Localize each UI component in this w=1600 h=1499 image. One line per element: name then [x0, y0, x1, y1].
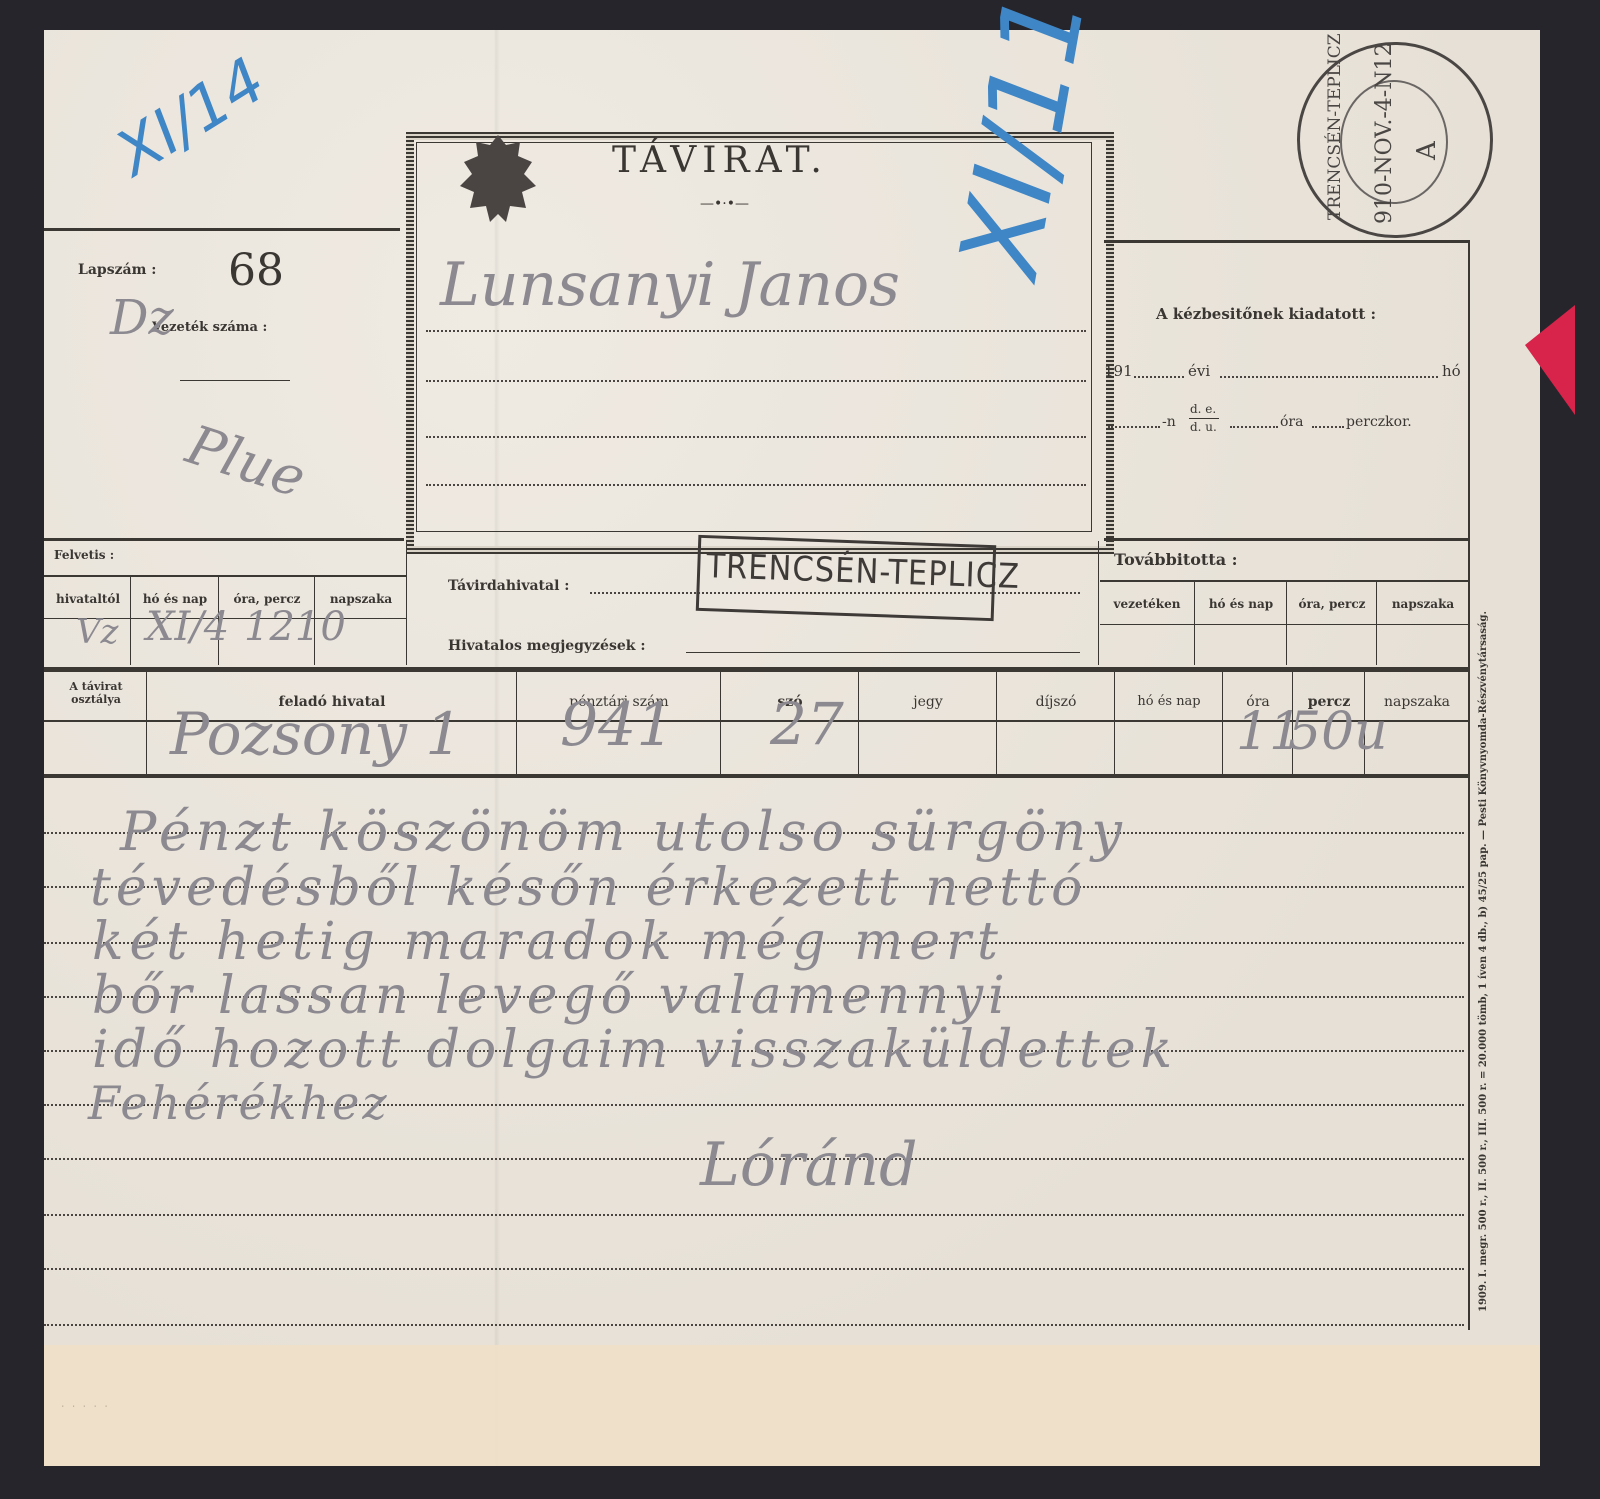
message-line-5[interactable]: idő hozott dolgaim visszaküldettek [92, 1020, 1177, 1080]
reception-top-rule [44, 538, 404, 541]
details-col-fee-words: díjszó [998, 694, 1114, 710]
col-divider [1194, 582, 1195, 665]
page-number-label: Lapszám : [78, 262, 156, 278]
wire-number-line [180, 380, 290, 381]
reception-month-day-value[interactable]: XI/4 [146, 604, 229, 650]
time-of-day-value[interactable]: u [1354, 702, 1388, 762]
col-divider [406, 541, 407, 665]
message-line-4[interactable]: bőr lassan levegő valamennyi [92, 966, 1010, 1026]
forwarded-header-top [1100, 580, 1468, 582]
telegraph-office-label: Távirdahivatal : [448, 578, 569, 594]
message-line [44, 1268, 1464, 1270]
col-divider [996, 672, 997, 776]
minute-field[interactable] [1312, 426, 1344, 428]
sending-office-value[interactable]: Pozsony 1 [170, 700, 462, 768]
col-divider [858, 672, 859, 776]
forward-top-rule [1104, 538, 1469, 541]
day-field[interactable] [1108, 426, 1160, 428]
message-line-1[interactable]: Pénzt köszönöm utolso sürgöny [120, 800, 1127, 863]
tape-strip [44, 1345, 1540, 1466]
message-line [44, 1214, 1464, 1216]
details-table-bottom [44, 774, 1468, 778]
address-line-3 [426, 436, 1086, 438]
message-line-3[interactable]: két hetig maradok még mert [92, 912, 1004, 972]
hour-field[interactable] [1230, 426, 1278, 428]
forwarded-header-bottom [1100, 624, 1468, 625]
col-divider [1376, 582, 1377, 665]
delivery-heading: A kézbesitőnek kiadatott : [1156, 305, 1376, 323]
month-field[interactable] [1220, 376, 1438, 378]
reception-from-office-value[interactable]: Vz [76, 612, 118, 652]
delivery-year-prefix: 191 [1104, 362, 1133, 380]
official-remarks-field[interactable] [686, 652, 1080, 653]
col-divider [130, 577, 131, 665]
coat-of-arms-icon [448, 130, 548, 230]
address-line-2 [426, 380, 1086, 382]
delivery-day-suffix: -n [1162, 414, 1176, 430]
details-table-top [44, 667, 1468, 672]
reception-label: Felvetis : [54, 548, 114, 562]
delivery-month-label: hó [1442, 362, 1461, 380]
minute-value[interactable]: 50 [1288, 702, 1354, 762]
col-divider [1114, 672, 1115, 776]
office-stamp-text: TRENCSÉN-TEPLICZ [706, 546, 1021, 597]
printer-imprint: 1909. I. megr. 500 r., II. 500 r., III. … [1478, 611, 1489, 1312]
cash-number-value[interactable]: 941 [560, 690, 675, 760]
word-count-value[interactable]: 27 [770, 690, 844, 758]
col-divider [720, 672, 721, 776]
forwarded-col-time-of-day: napszaka [1378, 597, 1468, 611]
perforated-edge [38, 30, 46, 1466]
reception-hour-minute-value[interactable]: 1210 [244, 604, 346, 650]
fraction-bar [1189, 418, 1219, 419]
forwarded-col-wire: vezetéken [1100, 597, 1194, 611]
right-border-rule [1468, 240, 1470, 1330]
am-label: d. e. [1190, 402, 1216, 416]
header-divider [44, 228, 400, 231]
recipient-name[interactable]: Lunsanyi Janos [440, 250, 900, 320]
official-remarks-label: Hivatalos megjegyzések : [448, 638, 646, 654]
col-divider [1286, 582, 1287, 665]
details-col-month-day: hó és nap [1116, 694, 1222, 709]
reception-header-top [44, 575, 406, 577]
reverse-print-bleedthrough: · · · · · [60, 1400, 109, 1410]
address-line-4 [426, 484, 1086, 486]
pm-label: d. u. [1190, 420, 1217, 434]
message-line [44, 1324, 1464, 1326]
postmark-letter: A [1412, 141, 1442, 160]
forwarded-label: Továbbitotta : [1114, 550, 1238, 569]
col-divider [1098, 541, 1099, 665]
message-line-6[interactable]: Fehérékhez [88, 1076, 390, 1130]
forwarded-col-hour-minute: óra, percz [1288, 597, 1376, 611]
page-number-value: 68 [228, 245, 284, 296]
postmark-town: TRENCSÉN-TEPLICZ [1325, 33, 1345, 220]
forwarded-col-month-day: hó és nap [1196, 597, 1286, 611]
message-line-2[interactable]: tévedésből későn érkezett nettó [90, 858, 1087, 918]
title-ornament: —•·•— [700, 196, 749, 212]
delivery-top-rule [1104, 240, 1469, 243]
address-line-1 [426, 330, 1086, 332]
details-col-mark: jegy [860, 694, 996, 710]
document-title: TÁVIRAT. [612, 140, 828, 181]
col-divider [1222, 672, 1223, 776]
postmark-date: 910-NOV.-4-N12 [1372, 43, 1397, 224]
col-divider [516, 672, 517, 776]
details-col-class: A távirat osztálya [46, 680, 146, 706]
delivery-year-suffix: évi [1188, 362, 1210, 380]
message-signature[interactable]: Lóránd [700, 1130, 917, 1200]
delivery-minute-label: perczkor. [1346, 414, 1412, 430]
delivery-hour-label: óra [1280, 414, 1303, 430]
col-divider [146, 672, 147, 776]
red-tab [1525, 305, 1575, 415]
office-box-stamp: TRENCSÉN-TEPLICZ [696, 535, 996, 621]
pencil-note: Dz [110, 290, 174, 346]
reception-col-from-office: hivataltól [46, 592, 130, 606]
year-field[interactable] [1134, 376, 1184, 378]
